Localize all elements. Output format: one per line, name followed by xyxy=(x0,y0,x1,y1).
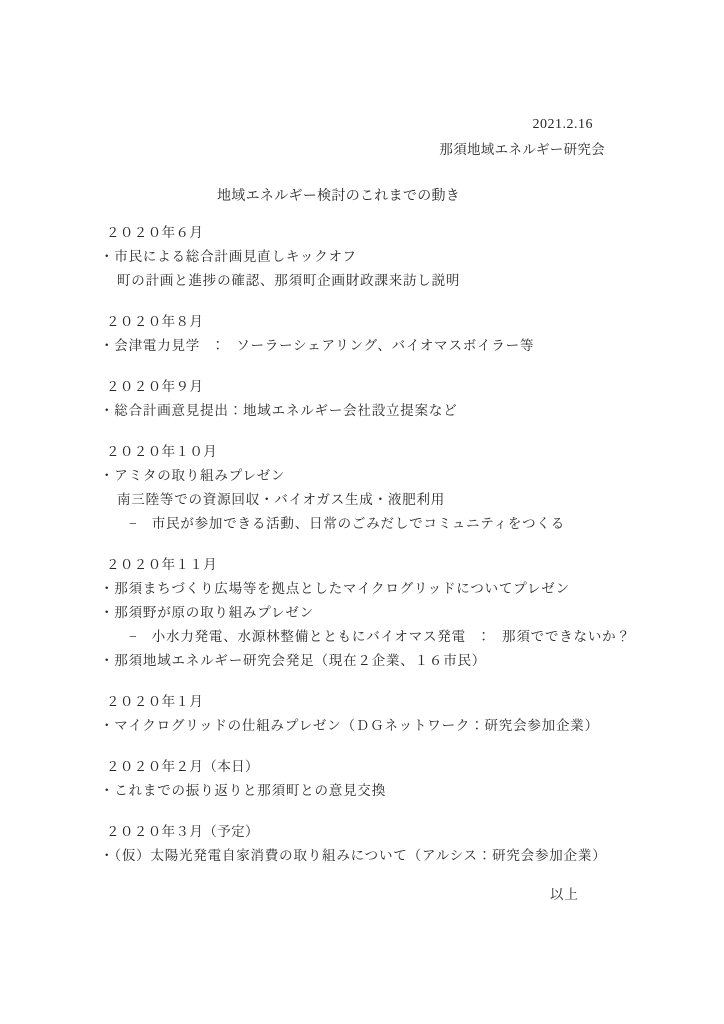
section-2020-08: ２０２０年８月 ・会津電力見学 ： ソーラーシェアリング、バイオマスボイラー等 xyxy=(100,310,694,358)
document-title: 地域エネルギー検討のこれまでの動き xyxy=(217,186,460,208)
section-heading: ２０２０年６月 xyxy=(100,221,694,245)
section-line: − 小水力発電、水源林整備とともにバイオマス発電 ： 那須でできないか？ xyxy=(100,625,694,649)
section-line: − 市民が参加できる活動、日常のごみだしでコミュニティをつくる xyxy=(100,512,694,536)
section-line: ・総合計画意見提出：地域エネルギー会社設立提案など xyxy=(100,399,694,423)
section-heading: ２０２０年１月 xyxy=(100,690,694,714)
section-line: ・会津電力見学 ： ソーラーシェアリング、バイオマスボイラー等 xyxy=(100,334,694,358)
section-line: ・アミタの取り組みプレゼン xyxy=(100,464,694,488)
section-heading: ２０２０年１０月 xyxy=(100,440,694,464)
section-2020-11: ２０２０年１１月 ・那須まちづくり広場等を拠点としたマイクログリッドについてプレ… xyxy=(100,553,694,673)
organization-name: 那須地域エネルギー研究会 xyxy=(439,137,605,162)
section-2020-03-planned: ２０２０年３月（予定） ・（仮）太陽光発電自家消費の取り組みについて（アルシス：… xyxy=(100,820,694,868)
section-line: ・那須まちづくり広場等を拠点としたマイクログリッドについてプレゼン xyxy=(100,577,694,601)
document-page: 2021.2.16 那須地域エネルギー研究会 地域エネルギー検討のこれまでの動き… xyxy=(0,0,724,1024)
document-header: 2021.2.16 那須地域エネルギー研究会 xyxy=(439,112,605,162)
section-line: ・那須地域エネルギー研究会発足（現在２企業、１６市民） xyxy=(100,649,694,673)
section-line: ・マイクログリッドの仕組みプレゼン（ＤＧネットワーク：研究会参加企業） xyxy=(100,714,694,738)
section-2020-02-today: ２０２０年２月（本日） ・これまでの振り返りと那須町との意見交換 xyxy=(100,755,694,803)
section-2020-09: ２０２０年９月 ・総合計画意見提出：地域エネルギー会社設立提案など xyxy=(100,375,694,423)
closing-text: 以上 xyxy=(550,883,579,907)
section-2020-01: ２０２０年１月 ・マイクログリッドの仕組みプレゼン（ＤＧネットワーク：研究会参加… xyxy=(100,690,694,738)
section-line: ・（仮）太陽光発電自家消費の取り組みについて（アルシス：研究会参加企業） xyxy=(100,844,694,868)
section-line: 町の計画と進捗の確認、那須町企画財政課来訪し説明 xyxy=(100,269,694,293)
section-heading: ２０２０年９月 xyxy=(100,375,694,399)
section-line: ・これまでの振り返りと那須町との意見交換 xyxy=(100,779,694,803)
document-body: ２０２０年６月 ・市民による総合計画見直しキックオフ 町の計画と進捗の確認、那須… xyxy=(100,221,694,885)
section-2020-06: ２０２０年６月 ・市民による総合計画見直しキックオフ 町の計画と進捗の確認、那須… xyxy=(100,221,694,293)
section-2020-10: ２０２０年１０月 ・アミタの取り組みプレゼン 南三陸等での資源回収・バイオガス生… xyxy=(100,440,694,536)
section-line: ・市民による総合計画見直しキックオフ xyxy=(100,245,694,269)
document-date: 2021.2.16 xyxy=(439,112,593,137)
section-line: 南三陸等での資源回収・バイオガス生成・液肥利用 xyxy=(100,488,694,512)
section-heading: ２０２０年１１月 xyxy=(100,553,694,577)
section-heading: ２０２０年２月（本日） xyxy=(100,755,694,779)
section-heading: ２０２０年３月（予定） xyxy=(100,820,694,844)
section-heading: ２０２０年８月 xyxy=(100,310,694,334)
section-line: ・那須野が原の取り組みプレゼン xyxy=(100,601,694,625)
